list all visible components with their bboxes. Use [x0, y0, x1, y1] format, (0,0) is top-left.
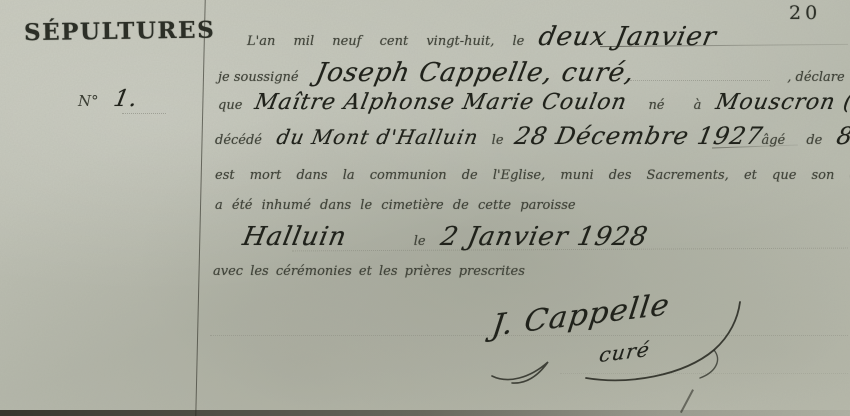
handwritten-deceased-name: Maître Alphonse Marie Coulon: [253, 90, 630, 115]
act-line-2: je soussigné Joseph Cappelle, curé, , dé…: [218, 58, 845, 88]
handwritten-burial-date-words: deux Janvier: [537, 22, 720, 52]
printed-text-ne: né: [648, 98, 664, 113]
record-number-value: 1.: [111, 86, 140, 112]
printed-text-le-signing: le: [414, 234, 426, 249]
handwritten-parish-place: Halluin: [240, 222, 349, 252]
act-line-5: est mort dans la communion de l'Eglise, …: [215, 164, 850, 183]
printed-text-buried: a été inhumé dans le cimetière de cette …: [215, 198, 576, 213]
record-number-label: N°: [78, 92, 99, 110]
printed-text-declare: , déclare: [787, 70, 844, 85]
printed-text-year: L'an mil neuf cent vingt-huit, le: [247, 34, 524, 49]
printed-text-communion: est mort dans la communion de l'Eglise, …: [215, 168, 850, 183]
register-title: SÉPULTURES: [24, 17, 184, 46]
printed-text-ceremonies: avec les cérémonies et les prières presc…: [213, 264, 525, 279]
line-2-rule: [630, 79, 770, 81]
ghost-rule-2: [560, 372, 848, 374]
handwritten-birthplace: Mouscron (Belg.): [714, 90, 850, 115]
record-number-underline: [122, 112, 166, 114]
handwritten-death-place: du Mont d'Halluin: [275, 125, 481, 149]
printed-text-a: à: [694, 98, 702, 113]
printed-text-de: de: [806, 133, 822, 148]
handwritten-death-date: 28 Décembre 1927: [512, 122, 765, 150]
act-line-3: que Maître Alphonse Marie Coulon né à Mo…: [218, 90, 850, 115]
act-line-6: a été inhumé dans le cimetière de cette …: [215, 194, 576, 213]
printed-text-decede: décédé: [215, 133, 262, 148]
handwritten-age: 81 ans,: [835, 122, 850, 150]
ghost-rule-1: [210, 334, 848, 336]
printed-text-que: que: [218, 98, 242, 113]
page-number: 20: [789, 2, 821, 24]
printed-text-undersigned: je soussigné: [218, 70, 299, 85]
act-line-8: avec les cérémonies et les prières presc…: [213, 260, 525, 279]
column-divider-line: [195, 0, 206, 416]
handwritten-priest-name: Joseph Cappelle, curé,: [313, 58, 637, 88]
scan-edge-shadow: [0, 410, 850, 416]
act-line-1: L'an mil neuf cent vingt-huit, le deux J…: [247, 22, 717, 52]
burial-register-page: SÉPULTURES N° 1. 20 L'an mil neuf cent v…: [0, 0, 850, 416]
printed-text-le-death: le: [492, 133, 504, 148]
record-number: N° 1.: [78, 86, 138, 112]
